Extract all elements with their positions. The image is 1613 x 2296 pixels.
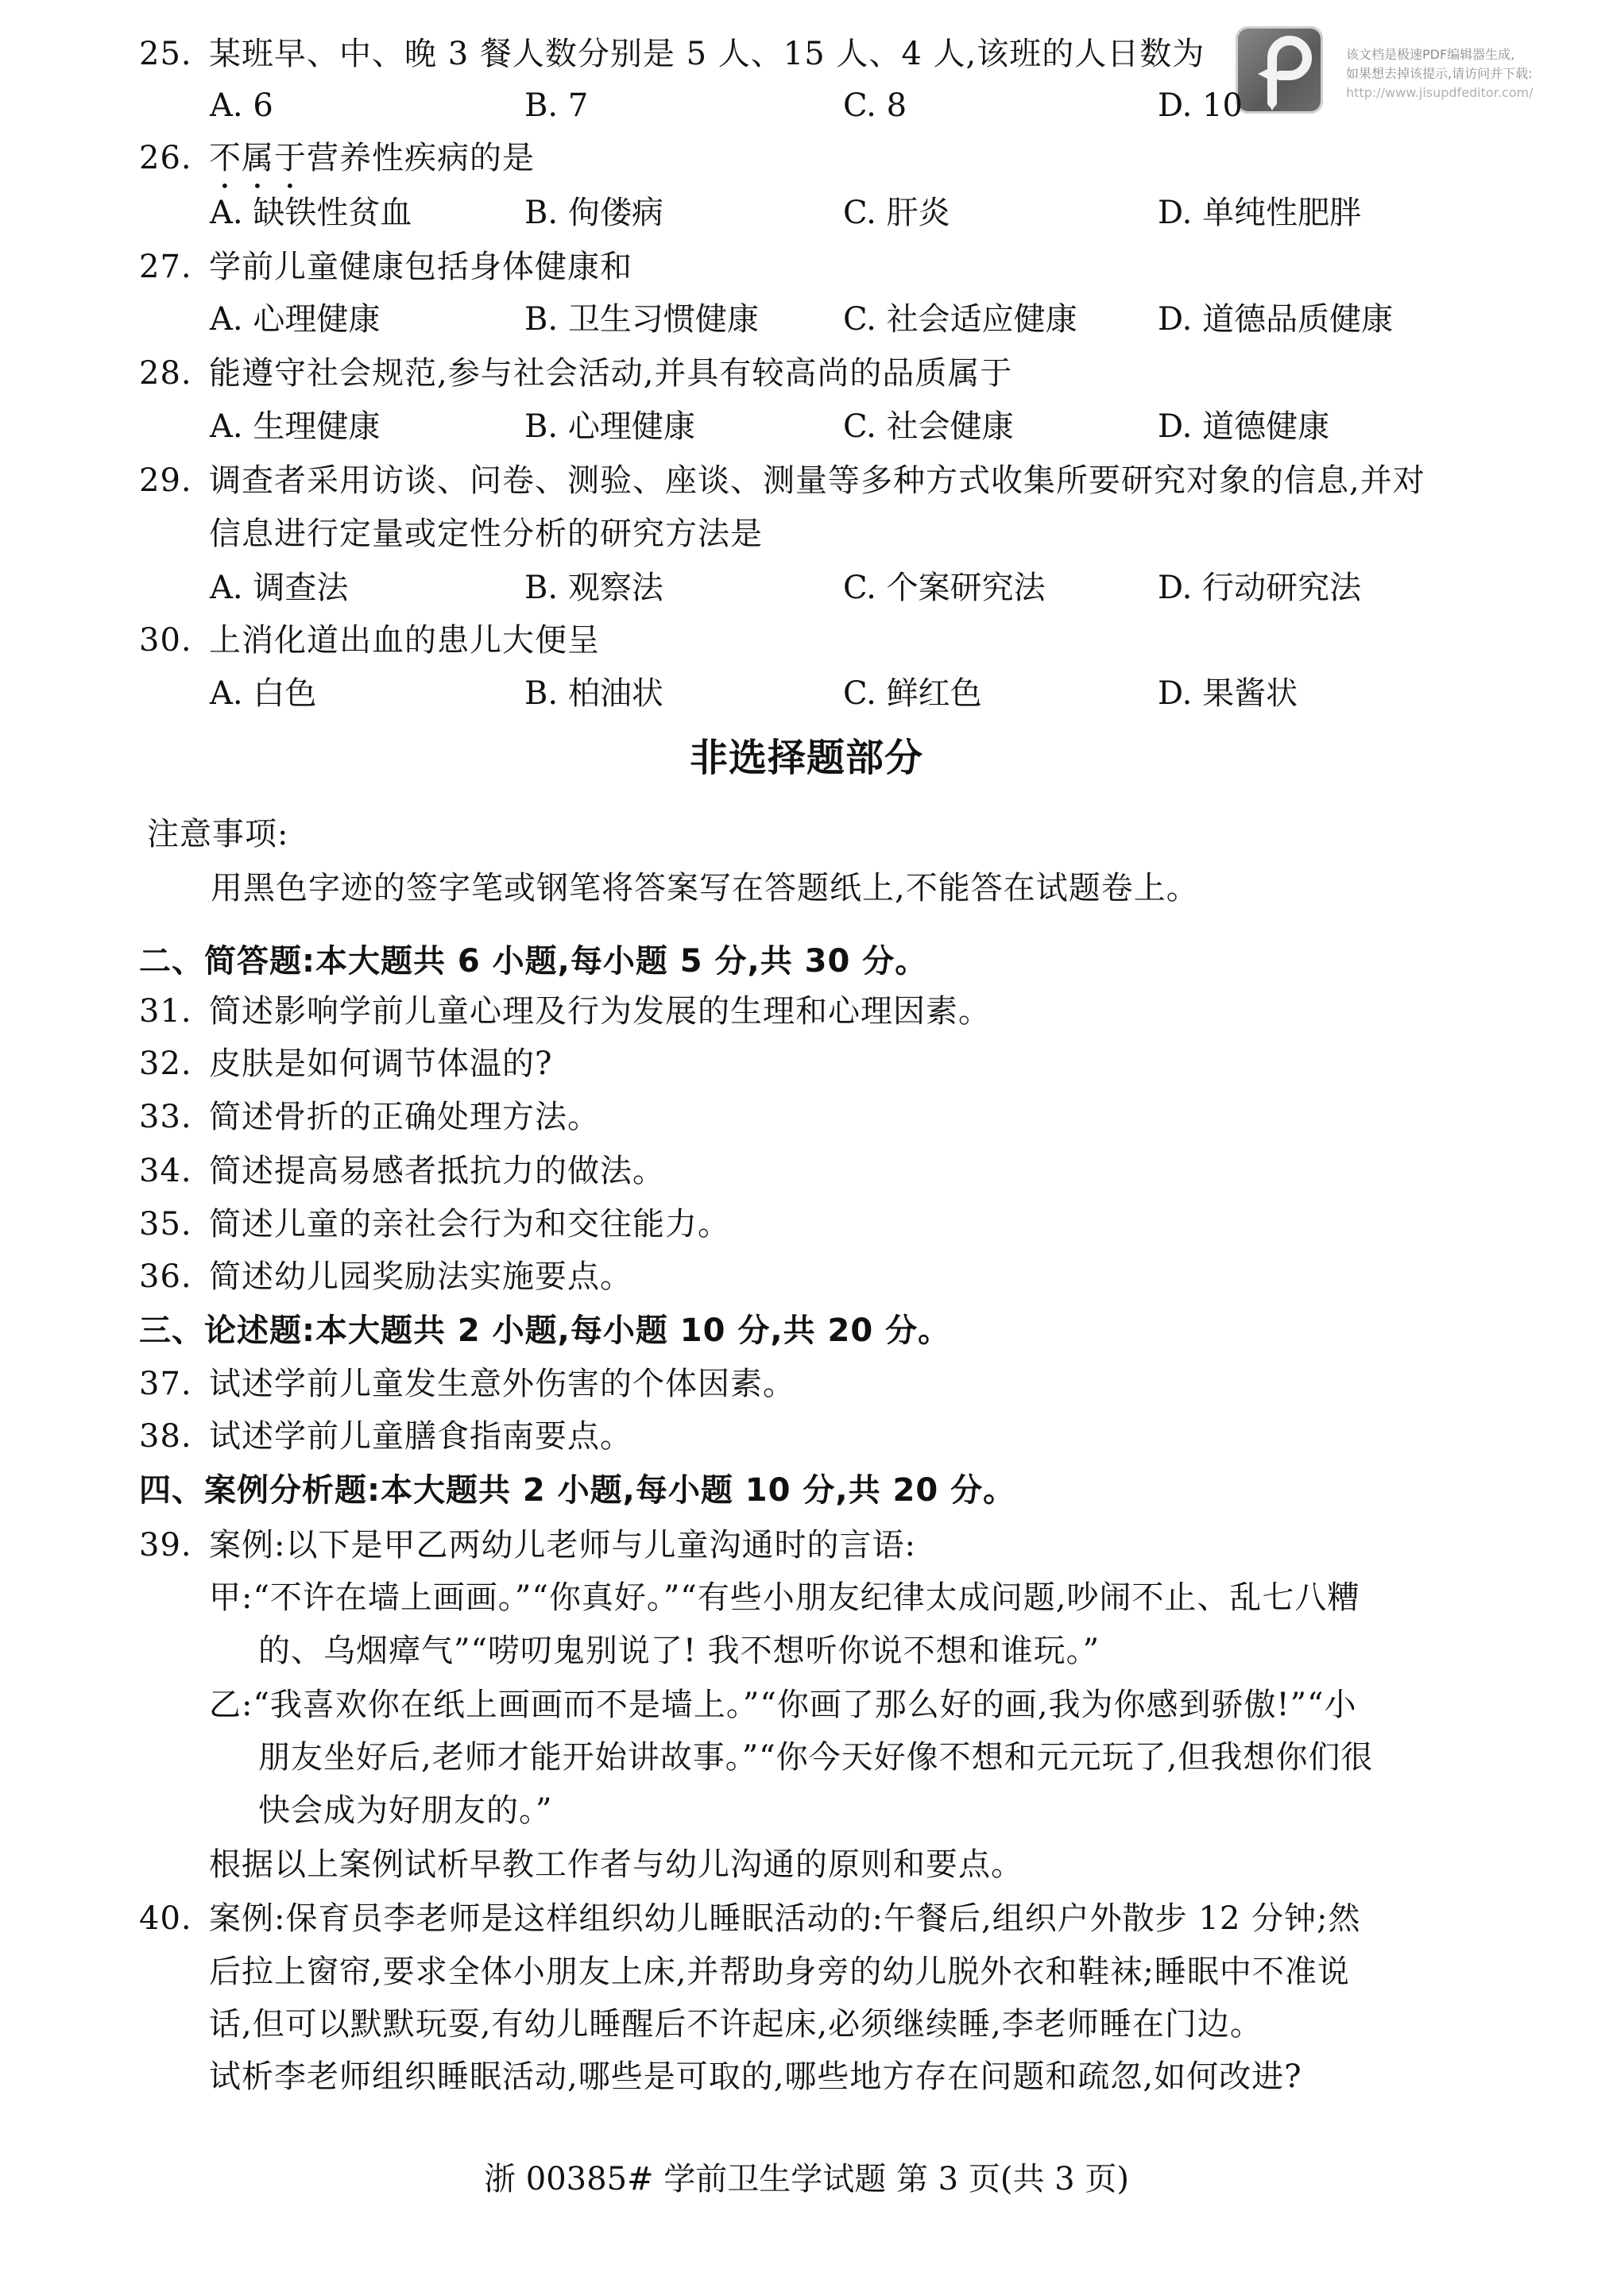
section-3-title: 三、论述题:本大题共 2 小题,每小题 10 分,共 20 分。 (139, 1311, 950, 1351)
part-title: 非选择题部分 (0, 734, 1613, 782)
option-27-d: D. 道德品质健康 (1158, 300, 1393, 339)
case-teacher-yi-line-1: 乙:“我喜欢你在纸上画画而不是墙上。”“你画了那么好的画,我为你感到骄傲!”“小 (209, 1685, 1357, 1725)
watermark-line-1: 该文档是极速PDF编辑器生成, (1346, 46, 1514, 64)
section-4-title: 四、案例分析题:本大题共 2 小题,每小题 10 分,共 20 分。 (139, 1471, 1015, 1510)
question-26: 26.不属于营养性疾病的是 (139, 138, 535, 195)
question-40-line-3: 话,但可以默默玩耍,有幼儿睡醒后不许起床,必须继续睡,李老师睡在门边。 (209, 2004, 1263, 2044)
option-29-d: D. 行动研究法 (1158, 568, 1361, 608)
case-teacher-jia-line-1: 甲:“不许在墙上画画。”“你真好。”“有些小朋友纪律太成问题,吵闹不止、乱七八糟 (209, 1578, 1360, 1618)
question-33: 33.简述骨折的正确处理方法。 (139, 1097, 600, 1137)
question-30: 30.上消化道出血的患儿大便呈 (139, 620, 600, 660)
option-28-a: A. 生理健康 (210, 407, 380, 446)
question-27: 27.学前儿童健康包括身体健康和 (139, 247, 632, 287)
option-30-c: C. 鲜红色 (843, 674, 982, 713)
option-28-c: C. 社会健康 (843, 407, 1014, 446)
question-29-continued: 信息进行定量或定性分析的研究方法是 (209, 514, 763, 554)
question-38: 38.试述学前儿童膳食指南要点。 (139, 1417, 632, 1456)
question-39-prompt: 根据以上案例试析早教工作者与幼儿沟通的原则和要点。 (209, 1845, 1023, 1884)
option-25-a: A. 6 (210, 86, 273, 126)
option-26-d: D. 单纯性肥胖 (1158, 193, 1361, 233)
option-25-c: C. 8 (843, 86, 907, 126)
question-40-prompt: 试析李老师组织睡眠活动,哪些是可取的,哪些地方存在问题和疏忽,如何改进? (209, 2057, 1302, 2097)
question-39: 39.案例:以下是甲乙两幼儿老师与儿童沟通时的言语: (139, 1525, 916, 1565)
question-31: 31.简述影响学前儿童心理及行为发展的生理和心理因素。 (139, 991, 991, 1031)
watermark-url: http://www.jisupdfeditor.com/ (1346, 84, 1533, 102)
option-26-b: B. 佝偻病 (524, 193, 663, 233)
question-32: 32.皮肤是如何调节体温的? (139, 1044, 552, 1084)
page-footer: 浙 00385# 学前卫生学试题 第 3 页(共 3 页) (0, 2159, 1613, 2199)
question-40: 40.案例:保育员李老师是这样组织幼儿睡眠活动的:午餐后,组织户外散步 12 分… (139, 1899, 1360, 1938)
option-28-d: D. 道德健康 (1158, 407, 1329, 446)
option-26-c: C. 肝炎 (843, 193, 950, 233)
notice-text: 用黑色字迹的签字笔或钢笔将答案写在答题纸上,不能答在试题卷上。 (211, 868, 1199, 908)
case-teacher-yi-line-3: 快会成为好朋友的。” (258, 1791, 552, 1830)
option-30-d: D. 果酱状 (1158, 674, 1298, 713)
option-25-d: D. 10 (1158, 86, 1243, 126)
option-27-a: A. 心理健康 (210, 300, 380, 339)
pdf-editor-logo-icon (1236, 26, 1323, 114)
case-teacher-jia-line-2: 的、乌烟瘴气”“唠叨鬼别说了! 我不想听你说不想和谁玩。” (258, 1631, 1100, 1671)
question-28: 28.能遵守社会规范,参与社会活动,并具有较高尚的品质属于 (139, 354, 1012, 393)
option-27-c: C. 社会适应健康 (843, 300, 1077, 339)
emphasized-text: 不属于 (209, 140, 307, 176)
option-26-a: A. 缺铁性贫血 (210, 193, 412, 233)
option-30-b: B. 柏油状 (524, 674, 663, 713)
question-29: 29.调查者采用访谈、问卷、测验、座谈、测量等多种方式收集所要研究对象的信息,并… (139, 461, 1425, 501)
option-29-c: C. 个案研究法 (843, 568, 1046, 608)
notice-title: 注意事项: (147, 814, 288, 854)
option-29-a: A. 调查法 (210, 568, 348, 608)
option-30-a: A. 白色 (210, 674, 316, 713)
question-36: 36.简述幼儿园奖励法实施要点。 (139, 1257, 632, 1297)
option-27-b: B. 卫生习惯健康 (524, 300, 759, 339)
section-2-title: 二、简答题:本大题共 6 小题,每小题 5 分,共 30 分。 (139, 941, 927, 981)
option-29-b: B. 观察法 (524, 568, 663, 608)
question-25: 25.某班早、中、晚 3 餐人数分别是 5 人、15 人、4 人,该班的人日数为 (139, 34, 1205, 74)
question-37: 37.试述学前儿童发生意外伤害的个体因素。 (139, 1364, 795, 1404)
question-34: 34.简述提高易感者抵抗力的做法。 (139, 1151, 665, 1191)
question-35: 35.简述儿童的亲社会行为和交往能力。 (139, 1204, 730, 1244)
watermark-line-2: 如果想去掉该提示,请访问并下载: (1346, 65, 1532, 83)
case-teacher-yi-line-2: 朋友坐好后,老师才能开始讲故事。”“你今天好像不想和元元玩了,但我想你们很 (258, 1737, 1373, 1777)
option-25-b: B. 7 (524, 86, 588, 126)
option-28-b: B. 心理健康 (524, 407, 695, 446)
question-40-line-2: 后拉上窗帘,要求全体小朋友上床,并帮助身旁的幼儿脱外衣和鞋袜;睡眠中不准说 (209, 1952, 1350, 1992)
